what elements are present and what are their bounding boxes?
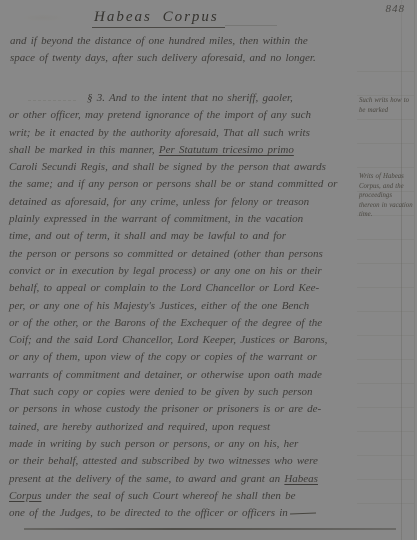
text-segment: Corpus [9, 490, 41, 502]
text-segment: writ; be it enacted by the authority afo… [9, 127, 310, 139]
page-title-wrap: Habeas Corpus [92, 8, 277, 28]
manuscript-line: the same; and if any person or persons s… [9, 176, 363, 193]
text-segment: one of the Judges, to be directed to the… [9, 507, 288, 519]
text-segment: detained as aforesaid, for any crime, un… [9, 196, 309, 208]
manuscript-line: Coif; and the said Lord Chancellor, Lord… [9, 332, 363, 349]
text-segment: time, and out of term, it shall and may … [9, 230, 286, 242]
manuscript-line: the person or persons so committed or de… [9, 246, 363, 263]
text-segment: That such copy or copies were denied to … [9, 386, 313, 398]
text-segment: Caroli Secundi Regis, and shall be signe… [9, 161, 326, 173]
text-segment: Coif; and the said Lord Chancellor, Lord… [9, 334, 327, 346]
manuscript-line: one of the Judges, to be directed to the… [9, 505, 363, 522]
paragraph-1: and if beyond the distance of one hundre… [10, 31, 364, 66]
text-segment: under the seal of such Court whereof he … [41, 490, 295, 502]
manuscript-line: convict or in execution by legal process… [9, 263, 363, 280]
manuscript-line: behalf, to appeal or complain to the Lor… [9, 280, 363, 297]
manuscript-line: warrants of commitment and detainer, or … [9, 367, 363, 384]
bottom-rule [24, 528, 396, 530]
page-number: 848 [386, 3, 406, 15]
title-underline-extension [225, 24, 277, 26]
manuscript-line: Caroli Secundi Regis, and shall be signe… [9, 159, 363, 176]
manuscript-line: or other officer, may pretend ignorance … [9, 107, 363, 124]
manuscript-line: or their behalf, attested and subscribed… [9, 453, 363, 470]
manuscript-line: space of twenty days, after such deliver… [10, 48, 364, 65]
text-segment: behalf, to appeal or complain to the Lor… [9, 282, 319, 294]
text-segment: Habeas [284, 473, 318, 485]
manuscript-line: Corpus under the seal of such Court wher… [9, 488, 363, 505]
text-segment: tained, are hereby authorized and requir… [9, 421, 270, 433]
manuscript-line: or persons in whose custody the prisoner… [9, 401, 363, 418]
manuscript-line: and if beyond the distance of one hundre… [10, 31, 364, 48]
manuscript-line: That such copy or copies were denied to … [9, 384, 363, 401]
text-segment: made in writing by such person or person… [9, 438, 298, 450]
text-segment: or persons in whose custody the prisoner… [9, 403, 321, 415]
manuscript-line: tained, are hereby authorized and requir… [9, 419, 363, 436]
text-segment: or other officer, may pretend ignorance … [9, 109, 311, 121]
paragraph-2: § 3. And to the intent that no sheriff, … [9, 90, 363, 522]
manuscript-line: or any of them, upon view of the copy or… [9, 349, 363, 366]
manuscript-line: time, and out of term, it shall and may … [9, 228, 363, 245]
margin-ruled-lines [357, 48, 414, 522]
pen-flourish [290, 512, 316, 515]
manuscript-line: plainly expressed in the warrant of comm… [9, 211, 363, 228]
text-segment: the person or persons so committed or de… [9, 248, 323, 260]
text-segment: or of the other, or the Barons of the Ex… [9, 317, 322, 329]
text-segment: § 3. And to the intent that no sheriff, … [87, 92, 293, 104]
ink-smudge [20, 14, 66, 22]
text-segment: or any of them, upon view of the copy or… [9, 351, 317, 363]
text-segment: shall be marked in this manner, [9, 144, 159, 156]
text-segment: or their behalf, attested and subscribed… [9, 455, 318, 467]
manuscript-page: 848 Habeas Corpus and if beyond the dist… [0, 0, 417, 540]
manuscript-line: writ; be it enacted by the authority afo… [9, 125, 363, 142]
text-segment: present at the delivery of the same, to … [9, 473, 284, 485]
manuscript-line: present at the delivery of the same, to … [9, 471, 363, 488]
manuscript-line: shall be marked in this manner, Per Stat… [9, 142, 363, 159]
manuscript-line: detained as aforesaid, for any crime, un… [9, 194, 363, 211]
margin-note-vacation-time: Writs of Habeas Corpus, and the proceedi… [359, 172, 413, 220]
text-segment: plainly expressed in the warrant of comm… [9, 213, 303, 225]
manuscript-line: § 3. And to the intent that no sheriff, … [9, 90, 363, 107]
right-margin-rule [401, 0, 402, 540]
text-segment: the same; and if any person or persons s… [9, 178, 337, 190]
text-segment: Per Statutum tricesimo primo [159, 144, 294, 156]
text-segment: convict or in execution by legal process… [9, 265, 322, 277]
text-segment: warrants of commitment and detainer, or … [9, 369, 322, 381]
margin-note-writs-marked: Such writs how to be marked [359, 96, 413, 115]
manuscript-line: made in writing by such person or person… [9, 436, 363, 453]
text-segment: per, or any one of his Majesty's Justice… [9, 300, 309, 312]
page-title: Habeas Corpus [92, 9, 225, 28]
manuscript-line: or of the other, or the Barons of the Ex… [9, 315, 363, 332]
page-edge-rule [414, 0, 415, 540]
manuscript-line: per, or any one of his Majesty's Justice… [9, 298, 363, 315]
